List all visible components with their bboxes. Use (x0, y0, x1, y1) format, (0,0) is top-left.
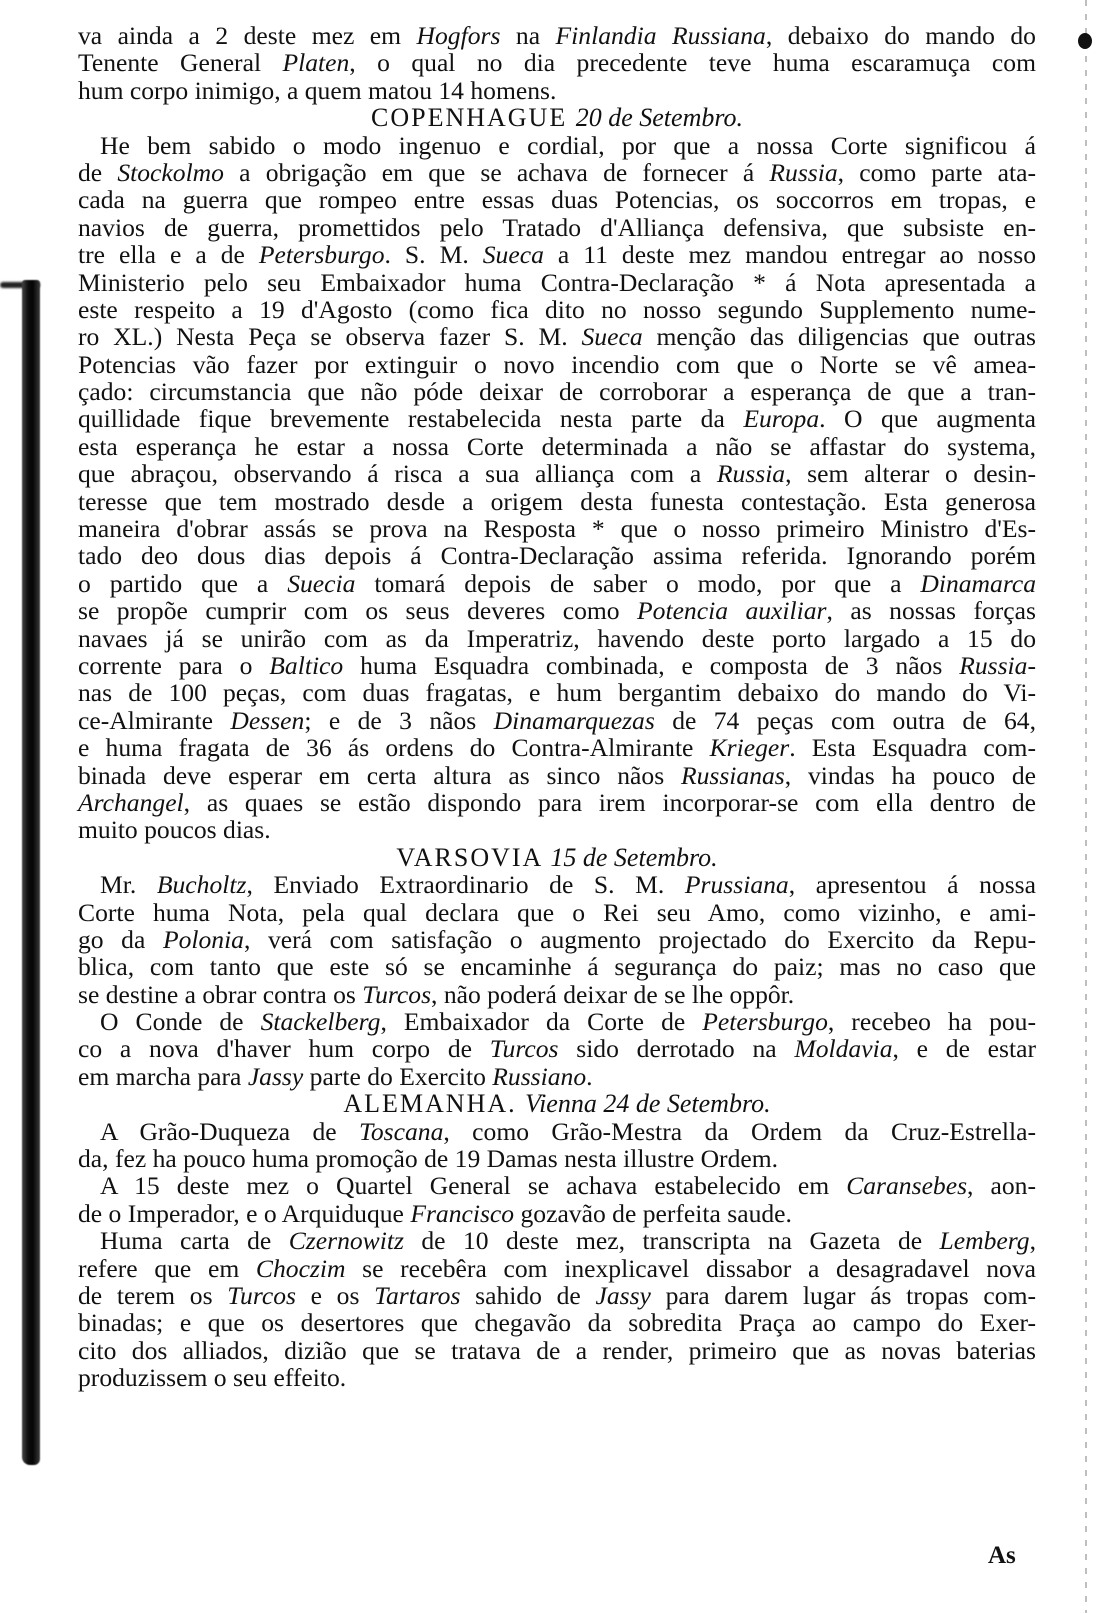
italic-term: Russia (959, 651, 1027, 680)
italic-term: Sueca (582, 322, 643, 351)
dateline-date: 15 de Setembro. (550, 843, 717, 872)
italic-term: Polonia (163, 925, 244, 954)
italic-term: Europa (743, 404, 819, 433)
italic-term: Moldavia (794, 1034, 892, 1063)
italic-term: Caransebes (846, 1171, 967, 1200)
text-line: de o Imperador, e o Arquiduque Francisco… (78, 1200, 1036, 1227)
article-paragraph: A Grão-Duqueza de Toscana, como Grão-Mes… (78, 1118, 1036, 1173)
italic-term: Francisco (410, 1199, 514, 1228)
italic-term: Sueca (483, 240, 544, 269)
article-paragraph: Mr. Bucholtz, Enviado Extraordinario de … (78, 871, 1036, 1008)
italic-term: Jassy (595, 1281, 650, 1310)
text-line: e huma fragata de 36 ás ordens do Contra… (78, 734, 1036, 761)
text-line: binada deve esperar em certa altura as s… (78, 762, 1036, 789)
text-line: em marcha para Jassy parte do Exercito R… (78, 1063, 1036, 1090)
text-line: ce-Almirante Dessen; e de 3 nãos Dinamar… (78, 707, 1036, 734)
text-line: da, fez ha pouco huma promoção de 19 Dam… (78, 1145, 1036, 1172)
article-paragraph: va ainda a 2 deste mez em Hogfors na Fin… (78, 22, 1036, 104)
italic-term: Petersburgo (702, 1007, 828, 1036)
text-line: cito dos alliados, dizião que se tratava… (78, 1337, 1036, 1364)
italic-term: Turcos (362, 980, 431, 1009)
article-paragraph: A 15 deste mez o Quartel General se acha… (78, 1172, 1036, 1227)
text-line: Archangel, as quaes se estão dispondo pa… (78, 789, 1036, 816)
text-line: ro XL.) Nesta Peça se observa fazer S. M… (78, 323, 1036, 350)
text-line: esta esperança he estar a nossa Corte de… (78, 433, 1036, 460)
dateline-date: 20 de Setembro. (576, 103, 743, 132)
text-line: muito poucos dias. (78, 816, 1036, 843)
text-line: çado: circumstancia que não póde deixar … (78, 378, 1036, 405)
text-line: Tenente General Platen, o qual no dia pr… (78, 49, 1036, 76)
dateline-heading: COPENHAGUE 20 de Setembro. (78, 104, 1036, 131)
italic-term: Toscana (359, 1117, 443, 1146)
text-line: co a nova d'haver hum corpo de Turcos si… (78, 1035, 1036, 1062)
italic-term: Russia (717, 459, 785, 488)
dateline-place: VARSOVIA (396, 843, 550, 872)
text-line: quillidade fique brevemente restabelecid… (78, 405, 1036, 432)
text-line: Corte huma Nota, pela qual declara que o… (78, 899, 1036, 926)
text-line: O Conde de Stackelberg, Embaixador da Co… (78, 1008, 1036, 1035)
binding-shadow-left (22, 280, 40, 1465)
italic-term: Dinamarca (920, 569, 1036, 598)
text-line: corrente para o Baltico huma Esquadra co… (78, 652, 1036, 679)
text-line: se destine a obrar contra os Turcos, não… (78, 981, 1036, 1008)
article-paragraph: O Conde de Stackelberg, Embaixador da Co… (78, 1008, 1036, 1090)
italic-term: Russianas (681, 761, 785, 790)
text-line: hum corpo inimigo, a quem matou 14 homen… (78, 77, 1036, 104)
dateline-heading: VARSOVIA 15 de Setembro. (78, 844, 1036, 871)
dateline-heading: ALEMANHA. Vienna 24 de Setembro. (78, 1090, 1036, 1117)
text-line: tado deo dous dias depois á Contra-Decla… (78, 542, 1036, 569)
dateline-date: Vienna 24 de Setembro. (525, 1089, 771, 1118)
text-line: produzissem o seu effeito. (78, 1364, 1036, 1391)
italic-term: Jassy (248, 1062, 303, 1091)
italic-term: Tartaros (374, 1281, 460, 1310)
text-line: de terem os Turcos e os Tartaros sahido … (78, 1282, 1036, 1309)
text-line: A 15 deste mez o Quartel General se acha… (78, 1172, 1036, 1199)
text-line: Potencias vão fazer por extinguir o novo… (78, 351, 1036, 378)
text-line: navios de guerra, promettidos pelo Trata… (78, 214, 1036, 241)
italic-term: Turcos (490, 1034, 559, 1063)
text-line: o partido que a Suecia tomará depois de … (78, 570, 1036, 597)
text-line: se propõe cumprir com os seus deveres co… (78, 597, 1036, 624)
text-line: binadas; e que os desertores que chegavã… (78, 1309, 1036, 1336)
text-line: teresse que tem mostrado desde a origem … (78, 488, 1036, 515)
text-line: va ainda a 2 deste mez em Hogfors na Fin… (78, 22, 1036, 49)
text-line: A Grão-Duqueza de Toscana, como Grão-Mes… (78, 1118, 1036, 1145)
text-line: navaes já se unirão com as da Imperatriz… (78, 625, 1036, 652)
text-line: de Stockolmo a obrigação em que se achav… (78, 159, 1036, 186)
italic-term: Prussiana (685, 870, 789, 899)
italic-term: Petersburgo (259, 240, 385, 269)
catchword: As (988, 1542, 1016, 1570)
page-edge-right (1085, 0, 1087, 1613)
italic-term: Lemberg (940, 1226, 1030, 1255)
text-line: blica, com tanto que este só se encaminh… (78, 953, 1036, 980)
text-line: que abraçou, observando á risca a sua al… (78, 460, 1036, 487)
italic-term: Potencia auxiliar (637, 596, 826, 625)
dateline-place: COPENHAGUE (371, 103, 576, 132)
italic-term: Czernowitz (289, 1226, 404, 1255)
italic-term: Archangel (78, 788, 184, 817)
italic-term: Suecia (287, 569, 355, 598)
text-line: cada na guerra que rompeo entre essas du… (78, 186, 1036, 213)
italic-term: Russiano (492, 1062, 586, 1091)
italic-term: Turcos (227, 1281, 296, 1310)
ink-blot (1078, 33, 1092, 49)
italic-term: Hogfors (417, 21, 501, 50)
italic-term: Dinamarquezas (494, 706, 655, 735)
text-line: Huma carta de Czernowitz de 10 deste mez… (78, 1227, 1036, 1254)
italic-term: Bucholtz (157, 870, 247, 899)
text-line: este respeito a 19 d'Agosto (como fica d… (78, 296, 1036, 323)
italic-term: Baltico (269, 651, 343, 680)
text-line: nas de 100 peças, com duas fragatas, e h… (78, 679, 1036, 706)
italic-term: Russia (769, 158, 837, 187)
italic-term: Platen (282, 48, 349, 77)
text-line: Mr. Bucholtz, Enviado Extraordinario de … (78, 871, 1036, 898)
italic-term: Stockolmo (117, 158, 224, 187)
text-line: go da Polonia, verá com satisfação o aug… (78, 926, 1036, 953)
text-line: maneira d'obrar assás se prova na Respos… (78, 515, 1036, 542)
italic-term: Krieger (710, 733, 790, 762)
text-line: Ministerio pelo seu Embaixador huma Cont… (78, 269, 1036, 296)
article-paragraph: He bem sabido o modo ingenuo e cordial, … (78, 132, 1036, 844)
gazette-page: va ainda a 2 deste mez em Hogfors na Fin… (78, 22, 1036, 1392)
article-paragraph: Huma carta de Czernowitz de 10 deste mez… (78, 1227, 1036, 1391)
dateline-place: ALEMANHA. (343, 1089, 525, 1118)
italic-term: Finlandia Russiana (556, 21, 766, 50)
italic-term: Dessen (230, 706, 304, 735)
italic-term: Choczim (256, 1254, 346, 1283)
text-line: tre ella e a de Petersburgo. S. M. Sueca… (78, 241, 1036, 268)
italic-term: Stackelberg (261, 1007, 381, 1036)
text-line: refere que em Choczim se recebêra com in… (78, 1255, 1036, 1282)
text-line: He bem sabido o modo ingenuo e cordial, … (78, 132, 1036, 159)
